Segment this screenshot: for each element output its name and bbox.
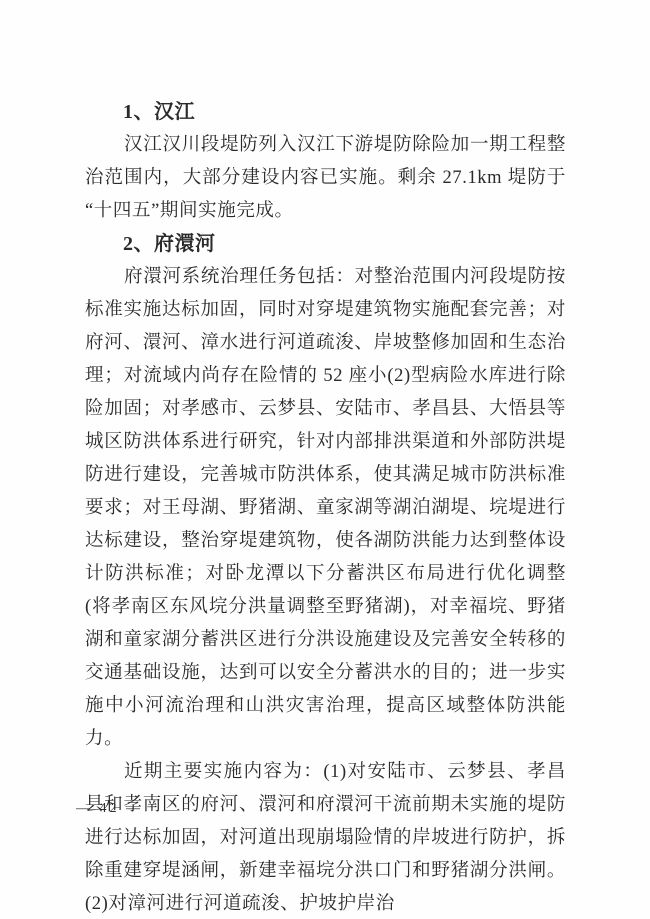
section-heading-fuhuanhe: 2、府澴河 <box>85 228 566 261</box>
document-body: 1、汉江 汉江汉川段堤防列入汉江下游堤防除险加一期工程整治范围内，大部分建设内容… <box>85 96 566 919</box>
paragraph-fuhuanhe-2: 近期主要实施内容为：(1)对安陆市、云梦县、孝昌县和孝南区的府河、澴河和府澴河干… <box>85 756 566 919</box>
paragraph-hanjiang-1: 汉江汉川段堤防列入汉江下游堤防除险加一期工程整治范围内，大部分建设内容已实施。剩… <box>85 129 566 228</box>
section-heading-hanjiang: 1、汉江 <box>85 96 566 129</box>
page-number: — 42 — <box>76 801 143 817</box>
document-page: 1、汉江 汉江汉川段堤防列入汉江下游堤防除险加一期工程整治范围内，大部分建设内容… <box>0 0 650 919</box>
paragraph-fuhuanhe-1: 府澴河系统治理任务包括：对整治范围内河段堤防按标准实施达标加固，同时对穿堤建筑物… <box>85 261 566 756</box>
